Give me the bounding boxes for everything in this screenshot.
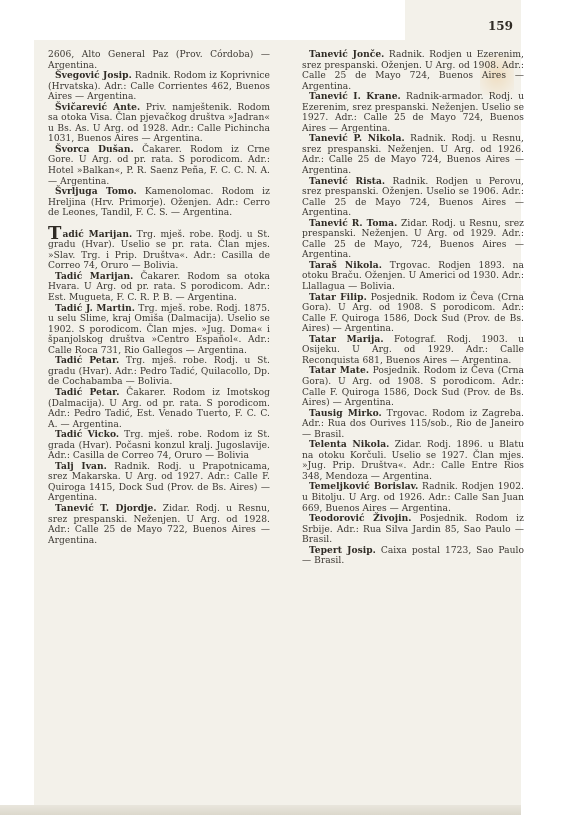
directory-entry: Teodorović Živojin. Posjednik. Rodom iz … xyxy=(302,514,524,546)
left-column: 2606, Alto General Paz (Prov. Córdoba) —… xyxy=(48,50,270,546)
entry-name: Talj Ivan. xyxy=(55,461,107,472)
directory-entry: Taraš Nikola. Trgovac. Rodjen 1893. na o… xyxy=(302,261,524,293)
entry-name: Tanević R. Toma. xyxy=(309,218,397,229)
entry-name: Teodorović Živojin. xyxy=(309,513,411,524)
entry-name: Švegović Josip. xyxy=(55,70,132,81)
entry-name: Tadić Marijan. xyxy=(55,271,133,282)
entry-continuation: 2606, Alto General Paz (Prov. Córdoba) —… xyxy=(48,50,270,71)
entry-name: Tanević Rista. xyxy=(309,176,385,187)
entry-name: Tanević P. Nikola. xyxy=(309,133,405,144)
directory-entry: Tadić Vicko. Trg. mješ. robe. Rodom iz S… xyxy=(48,430,270,462)
directory-entry: Tepert Josip. Caixa postal 1723, Sao Pau… xyxy=(302,546,524,567)
directory-entry: Tanević P. Nikola. Radnik. Rodj. u Resnu… xyxy=(302,134,524,176)
directory-entry: Švegović Josip. Radnik. Rodom iz Koprivn… xyxy=(48,71,270,103)
entry-name: Tatar Marija. xyxy=(309,334,384,345)
directory-entry: Tatar Marija. Fotograf. Rodj. 1903. u Os… xyxy=(302,335,524,367)
directory-entry: Tanević Jonče. Radnik. Rodjen u Ezerenim… xyxy=(302,50,524,92)
directory-entry: Švičarević Ante. Priv. namještenik. Rodo… xyxy=(48,103,270,145)
directory-entry: Tausig Mirko. Trgovac. Rodom iz Zagreba.… xyxy=(302,409,524,441)
directory-entry: Tanević Rista. Radnik. Rodjen u Perovu, … xyxy=(302,177,524,219)
directory-entry: Tadić J. Martin. Trg. mješ. robe. Rodj. … xyxy=(48,304,270,357)
entry-name: Tanević Jonče. xyxy=(309,49,384,60)
directory-entry: Talj Ivan. Radnik. Rodj. u Prapotnicama,… xyxy=(48,462,270,504)
entry-name: Tanević I. Krane. xyxy=(309,91,401,102)
page-bottom-edge xyxy=(0,805,521,815)
directory-entry: Tanević I. Krane. Radnik-armador. Rodj. … xyxy=(302,92,524,134)
directory-entry: Temeljković Borislav. Radnik. Rodjen 190… xyxy=(302,482,524,514)
directory-entry: Tanević T. Djordje. Zidar. Rodj. u Resnu… xyxy=(48,504,270,546)
directory-entry: Tatar Filip. Posjednik. Rodom iz Čeva (C… xyxy=(302,293,524,335)
directory-entry: Švorca Dušan. Čakarer. Rodom iz Crne Gor… xyxy=(48,145,270,187)
directory-entry: Tadić Marijan. Čakarer. Rodom sa otoka H… xyxy=(48,272,270,304)
entry-name: Tatar Filip. xyxy=(309,292,367,303)
entry-name: Telenta Nikola. xyxy=(309,439,389,450)
entry-name: Tepert Josip. xyxy=(309,545,376,556)
directory-entry: Tadić Marijan. Trg. mješ. robe. Rodj. u … xyxy=(48,229,270,272)
entry-name: Tausig Mirko. xyxy=(309,408,382,419)
entry-name: adić Marijan. xyxy=(62,229,132,240)
entry-name: Tanević T. Djordje. xyxy=(55,503,157,514)
directory-entry: Švrljuga Tomo. Kamenolomac. Rodom iz Hre… xyxy=(48,187,270,219)
entry-name: Tadić Petar. xyxy=(55,355,119,366)
page-header: 159 xyxy=(405,0,521,40)
directory-entry: Tanević R. Toma. Zidar. Rodj. u Resnu, s… xyxy=(302,219,524,261)
directory-entry: Tatar Mate. Posjednik. Rodom iz Čeva (Cr… xyxy=(302,366,524,408)
entry-name: Švrljuga Tomo. xyxy=(55,186,137,197)
entry-text: 2606, Alto General Paz (Prov. Córdoba) —… xyxy=(48,50,270,71)
directory-entry: Tadić Petar. Čakarer. Rodom iz Imotskog … xyxy=(48,388,270,430)
entry-name: Švičarević Ante. xyxy=(55,102,140,113)
entry-name: Tadić J. Martin. xyxy=(55,303,135,314)
entry-name: Tadić Petar. xyxy=(55,387,119,398)
directory-entry: Telenta Nikola. Zidar. Rodj. 1896. u Bla… xyxy=(302,440,524,482)
entry-name: Taraš Nikola. xyxy=(309,260,382,271)
entry-name: Švorca Dušan. xyxy=(55,144,134,155)
entry-name: Tadić Vicko. xyxy=(55,429,119,440)
entry-name: Temeljković Borislav. xyxy=(309,481,418,492)
entry-name: Tatar Mate. xyxy=(309,365,369,376)
directory-entry: Tadić Petar. Trg. mješ. robe. Rodj. u St… xyxy=(48,356,270,388)
right-column: Tanević Jonče. Radnik. Rodjen u Ezerenim… xyxy=(302,50,524,567)
page-number: 159 xyxy=(488,19,513,33)
